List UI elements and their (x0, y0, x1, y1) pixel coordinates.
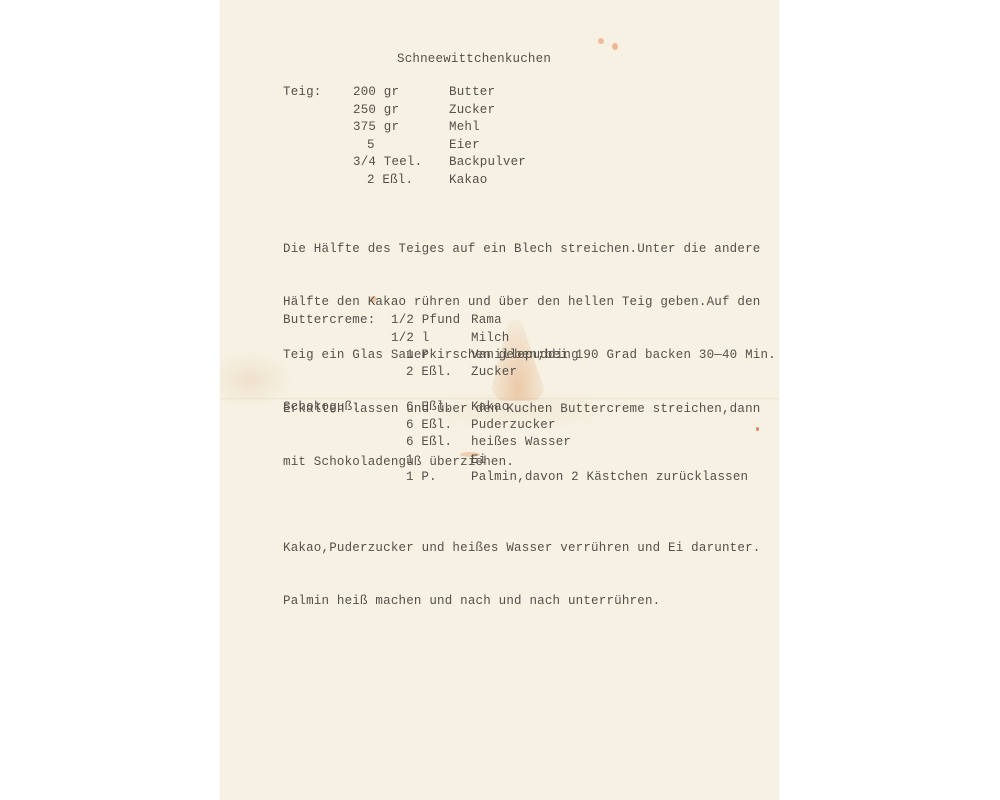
section-label-buttercreme: Buttercreme: (283, 313, 375, 327)
qty: 375 gr (353, 120, 399, 134)
instruction-line: Die Hälfte des Teiges auf ein Blech stre… (283, 241, 776, 259)
section-label-schokoguss: Schokoguß: (283, 400, 360, 414)
ingredient: Eier (449, 138, 480, 152)
stain (598, 38, 604, 44)
instruction-line: Palmin heiß machen und nach und nach unt… (283, 593, 760, 611)
ingredient: Zucker (449, 103, 495, 117)
qty: 2 Eßl. (367, 173, 413, 187)
qty: 1 (406, 453, 414, 467)
ingredient: Backpulver (449, 155, 526, 169)
qty: 1/2 Pfund (391, 313, 460, 327)
section-label-teig: Teig: (283, 85, 322, 99)
ingredient: Kakao (471, 400, 510, 414)
instructions-paragraph-2: Kakao,Puderzucker und heißes Wasser verr… (283, 504, 760, 629)
qty: 6 Eßl. (406, 435, 452, 449)
qty: 1 P. (406, 470, 437, 484)
ingredient: Mehl (449, 120, 480, 134)
ingredient: Kakao (449, 173, 488, 187)
ingredient: Ei (471, 453, 486, 467)
ingredient: heißes Wasser (471, 435, 571, 449)
ingredient: Butter (449, 85, 495, 99)
ingredient: Vanillepudding (471, 348, 579, 362)
qty: 2 Eßl. (406, 365, 452, 379)
qty: 200 gr (353, 85, 399, 99)
qty: 1 P (406, 348, 429, 362)
qty: 6 Eßl. (406, 418, 452, 432)
qty: 1/2 l (391, 331, 430, 345)
instruction-line: Hälfte den Kakao rühren und über den hel… (283, 294, 776, 312)
recipe-title: Schneewittchenkuchen (397, 52, 551, 66)
ingredient: Zucker (471, 365, 517, 379)
qty: 3/4 Teel. (353, 155, 422, 169)
qty: 250 gr (353, 103, 399, 117)
instruction-line: Kakao,Puderzucker und heißes Wasser verr… (283, 540, 760, 558)
qty: 5 (367, 138, 375, 152)
ingredient: Rama (471, 313, 502, 327)
ingredient: Palmin,davon 2 Kästchen zurücklassen (471, 470, 748, 484)
ingredient: Puderzucker (471, 418, 556, 432)
qty: 6 Eßl. (406, 400, 452, 414)
ingredient: Milch (471, 331, 510, 345)
stain (612, 43, 618, 50)
